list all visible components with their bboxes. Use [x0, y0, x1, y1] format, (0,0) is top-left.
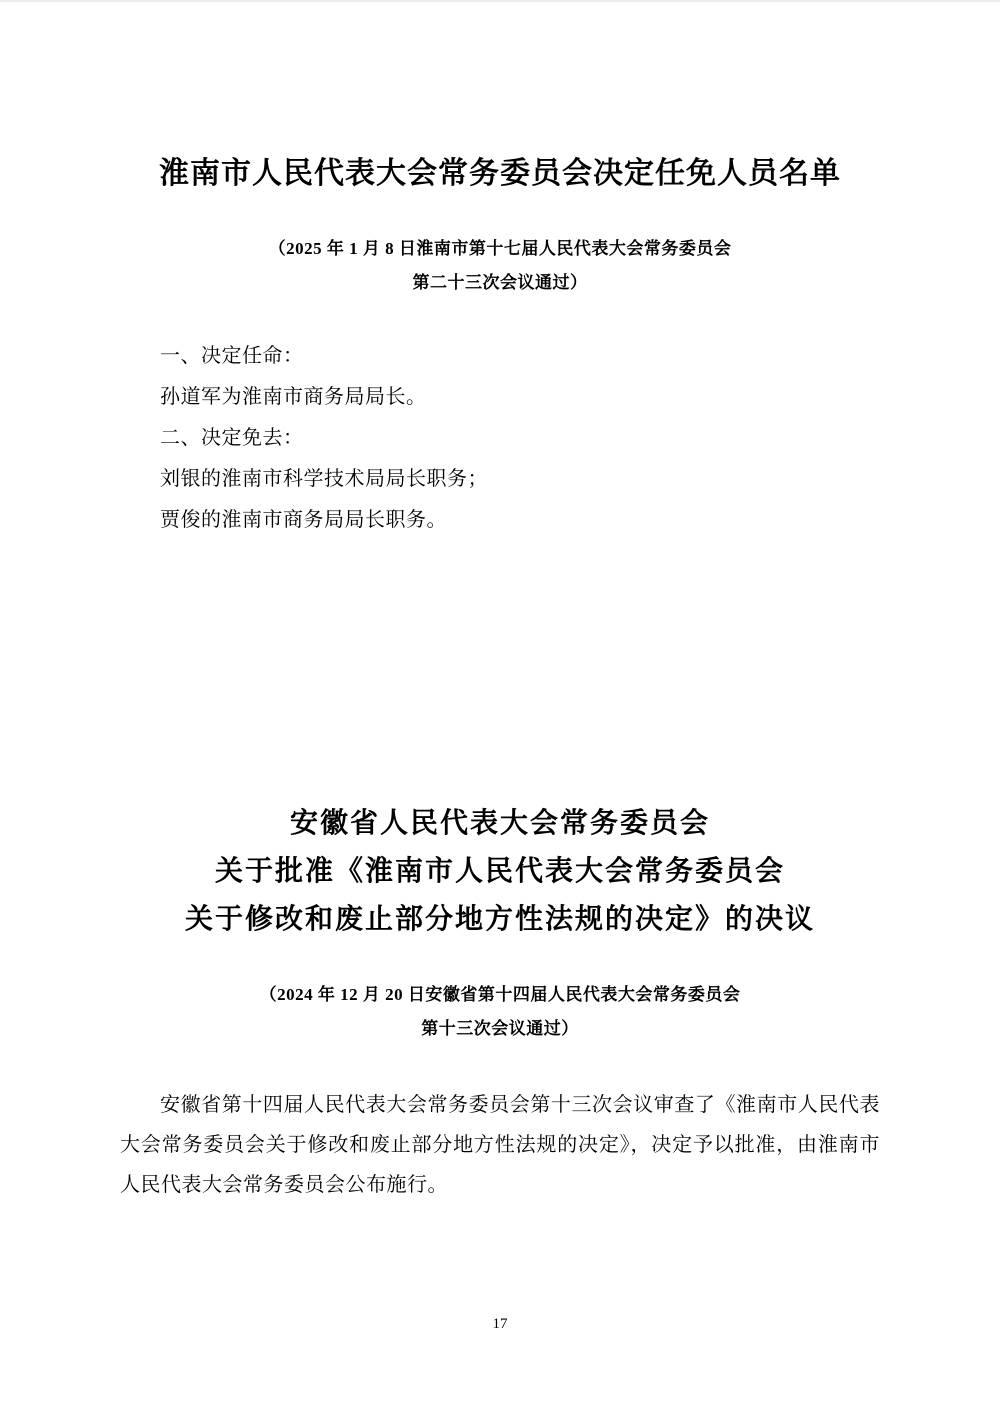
- doc1-meta-line2: 第二十三次会议通过）: [0, 266, 1000, 300]
- doc1-meta: （2025 年 1 月 8 日淮南市第十七届人民代表大会常务委员会 第二十三次会…: [0, 232, 1000, 300]
- doc2-title-line1: 安徽省人民代表大会常务委员会: [0, 800, 1000, 848]
- doc1-body-line-remove-item-1: 刘银的淮南市科学技术局局长职务；: [120, 459, 880, 500]
- document-page: 淮南市人民代表大会常务委员会决定任免人员名单 （2025 年 1 月 8 日淮南…: [0, 0, 1000, 1415]
- doc2-title: 安徽省人民代表大会常务委员会 关于批准《淮南市人民代表大会常务委员会 关于修改和…: [0, 800, 1000, 944]
- doc2-body-paragraph: 安徽省第十四届人民代表大会常务委员会第十三次会议审查了《淮南市人民代表大会常务委…: [120, 1085, 880, 1205]
- doc1-title: 淮南市人民代表大会常务委员会决定任免人员名单: [0, 150, 1000, 198]
- doc2-meta-line2: 第十三次会议通过）: [0, 1012, 1000, 1046]
- doc1-body-line-remove-item-2: 贾俊的淮南市商务局局长职务。: [120, 500, 880, 541]
- doc1-body-line-appoint-heading: 一、决定任命：: [120, 336, 880, 377]
- doc1-body-line-remove-heading: 二、决定免去：: [120, 418, 880, 459]
- doc2-meta-line1: （2024 年 12 月 20 日安徽省第十四届人民代表大会常务委员会: [0, 978, 1000, 1012]
- doc2-title-line2: 关于批准《淮南市人民代表大会常务委员会: [0, 848, 1000, 896]
- doc2-title-line3: 关于修改和废止部分地方性法规的决定》的决议: [0, 896, 1000, 944]
- doc2-meta: （2024 年 12 月 20 日安徽省第十四届人民代表大会常务委员会 第十三次…: [0, 978, 1000, 1046]
- page-number: 17: [0, 1314, 1000, 1334]
- doc1-body: 一、决定任命： 孙道军为淮南市商务局局长。 二、决定免去： 刘银的淮南市科学技术…: [120, 336, 880, 541]
- doc1-body-line-appoint-item: 孙道军为淮南市商务局局长。: [120, 377, 880, 418]
- doc1-meta-line1: （2025 年 1 月 8 日淮南市第十七届人民代表大会常务委员会: [0, 232, 1000, 266]
